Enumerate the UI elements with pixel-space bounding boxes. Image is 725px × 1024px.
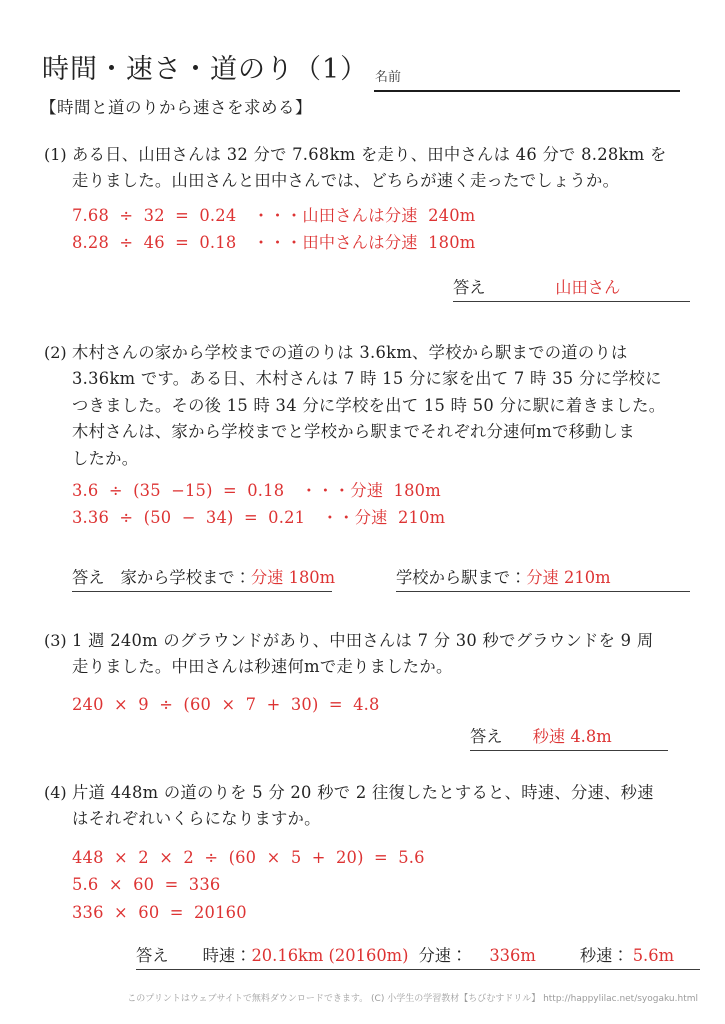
problem-2-statement-line: 木村さんの家から学校までの道のりは 3.6km、学校から駅までの道のりは [72, 340, 665, 366]
problem-2-statement-line: 木村さんは、家から学校までと学校から駅までそれぞれ分速何mで移動しま [72, 419, 665, 445]
work-line: 448 × 2 × 2 ÷ (60 × 5 + 20) = 5.6 [72, 844, 425, 871]
worksheet-page: 時間・速さ・道のり（1） 名前 【時間と道のりから速さを求める】 (1) ある日… [0, 0, 725, 1024]
problem-2-number: (2) [44, 340, 67, 366]
answer-label: 答え [136, 946, 169, 966]
problem-4-number: (4) [44, 780, 67, 806]
answer-label: 答え [453, 278, 486, 298]
problem-3-work: 240 × 9 ÷ (60 × 7 + 30) = 4.8 [72, 691, 380, 718]
work-line: 5.6 × 60 = 336 [72, 871, 425, 898]
problem-2-statement-line: 3.36km です。ある日、木村さんは 7 時 15 分に家を出て 7 時 35… [72, 366, 665, 392]
problem-3-statement-line: 1 週 240m のグラウンドがあり、中田さんは 7 分 30 秒でグラウンドを… [72, 628, 653, 654]
answer-value: 20.16km (20160m) [251, 946, 408, 966]
problem-3-answer: 答え 秒速 4.8m [470, 727, 668, 751]
section-heading: 【時間と道のりから速さを求める】 [40, 94, 312, 118]
problem-4-statement-line: はそれぞれいくらになりますか。 [72, 806, 654, 832]
problem-2: (2) 木村さんの家から学校までの道のりは 3.6km、学校から駅までの道のりは… [0, 340, 665, 472]
work-line: 3.6 ÷ (35 −15) = 0.18 ・・・分速 180m [72, 477, 445, 504]
problem-2-answer-1: 答え 家から学校まで： 分速 180m [72, 568, 332, 592]
problem-2-statement-line: したか。 [72, 446, 665, 472]
work-line: 240 × 9 ÷ (60 × 7 + 30) = 4.8 [72, 691, 380, 718]
worksheet-title: 時間・速さ・道のり（1） [42, 47, 368, 86]
problem-2-statement-line: つきました。その後 15 時 34 分に学校を出て 15 時 50 分に駅に着き… [72, 393, 665, 419]
problem-1-work: 7.68 ÷ 32 = 0.24 ・・・山田さんは分速 240m 8.28 ÷ … [72, 202, 475, 257]
work-line: 8.28 ÷ 46 = 0.18 ・・・田中さんは分速 180m [72, 229, 475, 256]
answer-sublabel: 家から学校まで： [121, 568, 251, 588]
problem-2-work: 3.6 ÷ (35 −15) = 0.18 ・・・分速 180m 3.36 ÷ … [72, 477, 445, 532]
answer-sublabel: 時速： [203, 946, 252, 966]
answer-value: 秒速 4.8m [533, 727, 612, 747]
problem-3-number: (3) [44, 628, 67, 654]
problem-1-statement-line: ある日、山田さんは 32 分で 7.68km を走り、田中さんは 46 分で 8… [72, 142, 667, 168]
work-line: 336 × 60 = 20160 [72, 899, 425, 926]
answer-value: 5.6m [633, 946, 674, 966]
footer-credit: このプリントはウェブサイトで無料ダウンロードできます。 (C) 小学生の学習教材… [127, 991, 698, 1004]
problem-1-answer: 答え 山田さん [453, 278, 690, 302]
problem-3: (3) 1 週 240m のグラウンドがあり、中田さんは 7 分 30 秒でグラ… [0, 628, 653, 681]
answer-label: 答え [470, 727, 503, 747]
answer-value: 分速 180m [251, 568, 335, 588]
answer-value: 336m [489, 946, 536, 966]
answer-label: 答え [72, 568, 105, 588]
answer-sublabel: 分速： [418, 946, 467, 966]
answer-sublabel: 秒速： [580, 946, 629, 966]
problem-3-statement-line: 走りました。中田さんは秒速何mで走りましたか。 [72, 654, 653, 680]
problem-4: (4) 片道 448m の道のりを 5 分 20 秒で 2 往復したとすると、時… [0, 780, 654, 833]
problem-1-statement-line: 走りました。山田さんと田中さんでは、どちらが速く走ったでしょうか。 [72, 168, 667, 194]
work-line: 7.68 ÷ 32 = 0.24 ・・・山田さんは分速 240m [72, 202, 475, 229]
problem-1: (1) ある日、山田さんは 32 分で 7.68km を走り、田中さんは 46 … [0, 142, 667, 195]
answer-value: 分速 210m [526, 568, 610, 588]
problem-4-answer: 答え 時速： 20.16km (20160m) 分速： 336m 秒速： 5.6… [136, 946, 700, 970]
problem-4-work: 448 × 2 × 2 ÷ (60 × 5 + 20) = 5.6 5.6 × … [72, 844, 425, 926]
problem-1-number: (1) [44, 142, 67, 168]
problem-2-answer-2: 学校から駅まで： 分速 210m [396, 568, 690, 592]
name-underline [374, 76, 680, 92]
problem-4-statement-line: 片道 448m の道のりを 5 分 20 秒で 2 往復したとすると、時速、分速… [72, 780, 654, 806]
answer-sublabel: 学校から駅まで： [396, 568, 526, 588]
work-line: 3.36 ÷ (50 − 34) = 0.21 ・・分速 210m [72, 504, 445, 531]
answer-value: 山田さん [486, 278, 690, 298]
